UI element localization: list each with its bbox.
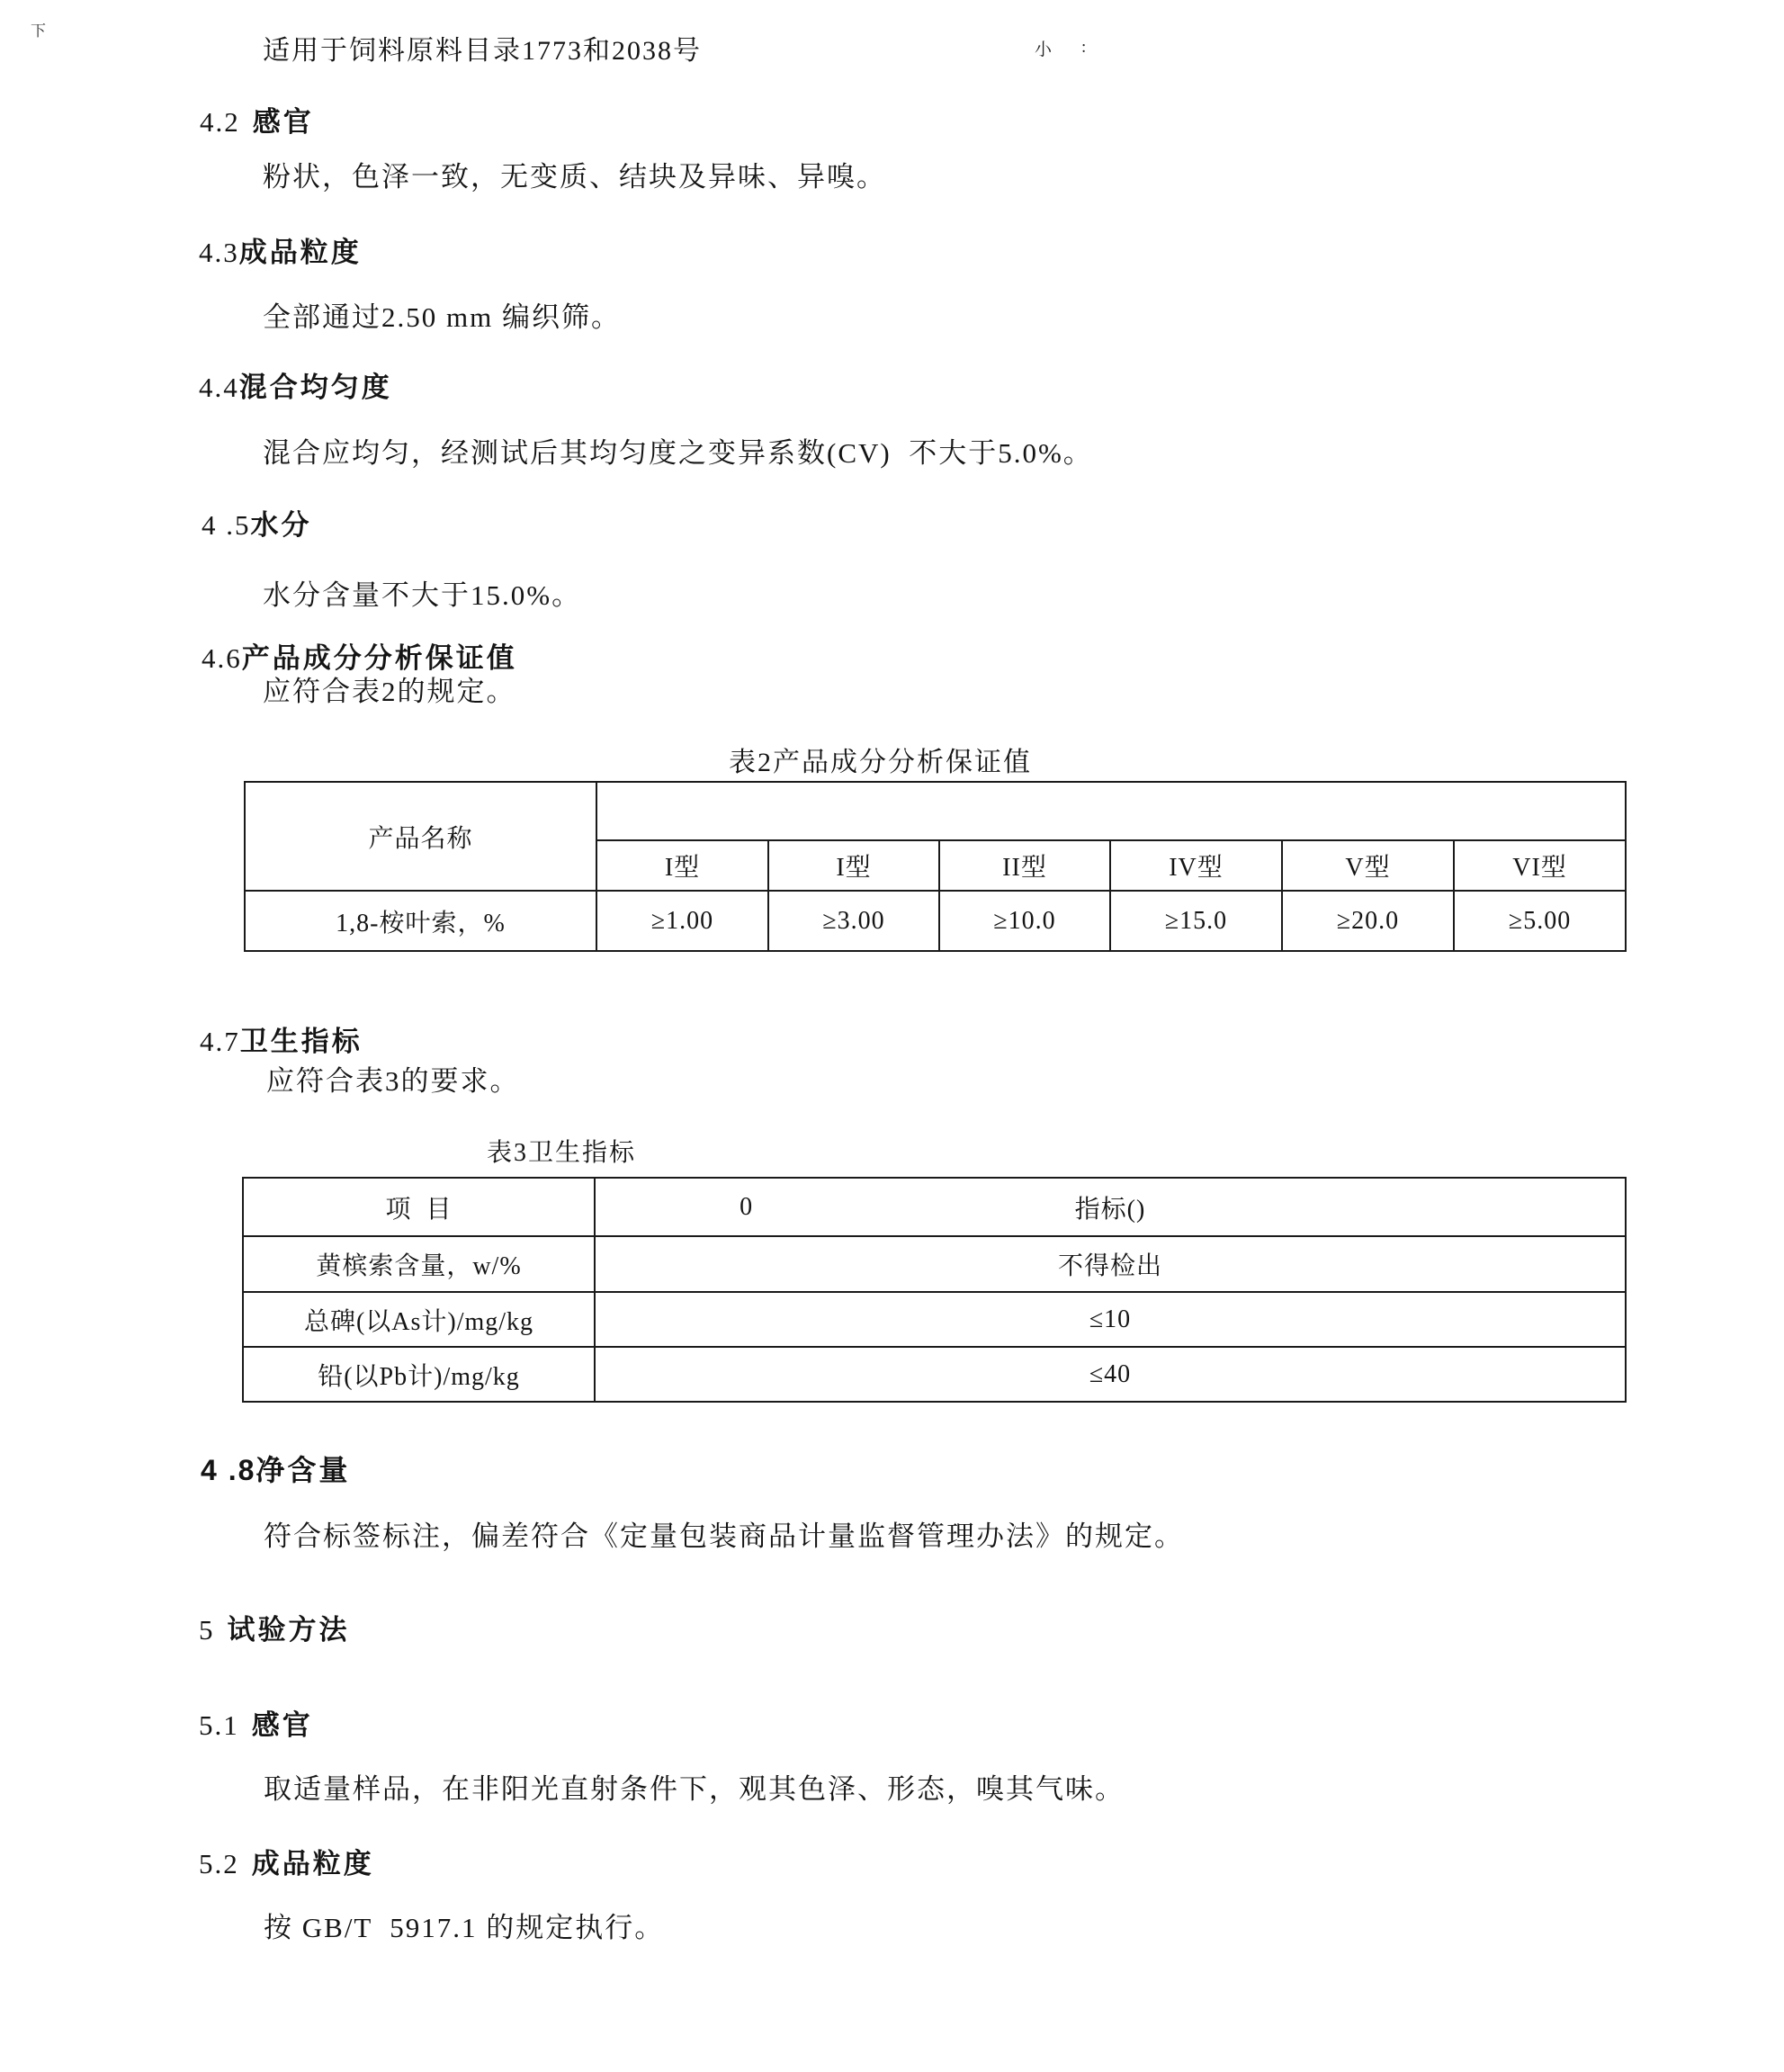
table2-value: ≥5.00 bbox=[1454, 891, 1626, 951]
section-number: 4.3 bbox=[199, 237, 239, 268]
table2-empty-header-cell bbox=[596, 782, 1626, 840]
document-page: 下 适用于饲料原料目录1773和2038号 小 : 4.2感官 粉状，色泽一致，… bbox=[0, 0, 1784, 2072]
table-3-hygiene-indicators: 项 目 0指标() 黄槟索含量，w/% 不得检出 总碑(以As计)/mg/kg … bbox=[242, 1177, 1627, 1403]
section-number: 4.2 bbox=[200, 106, 240, 138]
section-heading-4-6: 4.6产品成分分析保证值 bbox=[202, 642, 517, 675]
section-number: 5.2 bbox=[199, 1848, 239, 1879]
section-number: 5.1 bbox=[199, 1709, 239, 1741]
table3-row-value: ≤10 bbox=[595, 1292, 1626, 1347]
section-number: 5 bbox=[199, 1614, 215, 1646]
section-label: 混合均匀度 bbox=[239, 372, 392, 403]
section-heading-4-4: 4.4混合均匀度 bbox=[199, 372, 392, 404]
section-heading-5-2: 5.2成品粒度 bbox=[199, 1848, 374, 1880]
section-number: 4 .5 bbox=[202, 509, 251, 541]
paragraph-4-5: 水分含量不大于15.0%。 bbox=[263, 579, 581, 612]
paragraph-4-8: 符合标签标注，偏差符合《定量包装商品计量监督管理办法》的规定。 bbox=[264, 1520, 1184, 1553]
stray-mark-colon: : bbox=[1081, 38, 1086, 58]
table3-title: 表3卫生指标 bbox=[487, 1139, 636, 1168]
table-2-guaranteed-values: 产品名称 I型 I型 II型 IV型 V型 VI型 1,8-桉叶索，% ≥1.0… bbox=[244, 781, 1627, 952]
table3-row-label: 总碑(以As计)/mg/kg bbox=[243, 1292, 595, 1347]
section-heading-4-2: 4.2感官 bbox=[200, 106, 314, 139]
table3-row-label: 铅(以Pb计)/mg/kg bbox=[243, 1347, 595, 1402]
section-heading-4-8: 4 .8净含量 bbox=[201, 1454, 350, 1487]
table2-type-header: II型 bbox=[939, 840, 1110, 891]
table2-type-header: I型 bbox=[768, 840, 939, 891]
table2-value: ≥15.0 bbox=[1110, 891, 1282, 951]
paragraph-4-3: 全部通过2.50 mm 编织筛。 bbox=[263, 301, 621, 334]
paragraph-5-2: 按 GB/T 5917.1 的规定执行。 bbox=[264, 1912, 664, 1944]
table3-row-value: 不得检出 bbox=[595, 1236, 1626, 1292]
table3-item-header: 项 目 bbox=[243, 1178, 595, 1236]
section-heading-4-5: 4 .5水分 bbox=[202, 509, 312, 542]
section-label: 感官 bbox=[252, 1709, 313, 1741]
paragraph-4-7: 应符合表3的要求。 bbox=[266, 1065, 520, 1098]
section-label: 成品粒度 bbox=[239, 237, 362, 268]
stray-mark-small: 小 bbox=[1035, 36, 1052, 60]
section-label: 卫生指标 bbox=[240, 1026, 363, 1057]
section-label: 产品成分分析保证值 bbox=[242, 642, 517, 674]
table2-type-header: VI型 bbox=[1454, 840, 1626, 891]
section-label: 成品粒度 bbox=[252, 1848, 374, 1879]
table2-value: ≥20.0 bbox=[1282, 891, 1454, 951]
section-number: 4 .8 bbox=[201, 1454, 255, 1486]
paragraph-4-4: 混合应均匀，经测试后其均匀度之变异系数(CV) 不大于5.0%。 bbox=[263, 437, 1093, 470]
section-label: 感官 bbox=[253, 106, 314, 138]
section-number: 4.7 bbox=[200, 1026, 240, 1057]
section-heading-5-1: 5.1感官 bbox=[199, 1709, 313, 1742]
section-number: 4.6 bbox=[202, 642, 242, 674]
section-heading-4-7: 4.7卫生指标 bbox=[200, 1026, 363, 1058]
table3-header-indicator: 指标() bbox=[1075, 1196, 1146, 1224]
section-heading-5: 5试验方法 bbox=[199, 1614, 350, 1646]
table2-type-header: V型 bbox=[1282, 840, 1454, 891]
table3-indicator-header-cell: 0指标() bbox=[595, 1178, 1626, 1236]
table2-type-header: I型 bbox=[596, 840, 768, 891]
scope-note: 适用于饲料原料目录1773和2038号 bbox=[263, 36, 702, 67]
table3-row-label: 黄槟索含量，w/% bbox=[243, 1236, 595, 1292]
section-label: 净含量 bbox=[255, 1454, 350, 1486]
table2-type-header: IV型 bbox=[1110, 840, 1282, 891]
paragraph-5-1: 取适量样品，在非阳光直射条件下，观其色泽、形态，嗅其气味。 bbox=[264, 1773, 1125, 1806]
page-corner-mark: 下 bbox=[31, 18, 46, 40]
section-heading-4-3: 4.3成品粒度 bbox=[199, 237, 362, 269]
table2-value: ≥1.00 bbox=[596, 891, 768, 951]
table2-product-name-header: 产品名称 bbox=[245, 782, 596, 891]
table2-title: 表2产品成分分析保证值 bbox=[729, 748, 1032, 779]
table2-row-label: 1,8-桉叶索，% bbox=[245, 891, 596, 951]
table3-header-zero: 0 bbox=[740, 1193, 753, 1222]
table2-value: ≥3.00 bbox=[768, 891, 939, 951]
section-label: 试验方法 bbox=[228, 1614, 350, 1646]
table3-row-value: ≤40 bbox=[595, 1347, 1626, 1402]
paragraph-4-2: 粉状，色泽一致，无变质、结块及异味、异嗅。 bbox=[263, 161, 886, 193]
section-label: 水分 bbox=[251, 509, 312, 541]
section-number: 4.4 bbox=[199, 372, 239, 403]
paragraph-4-6: 应符合表2的规定。 bbox=[263, 676, 516, 708]
table2-value: ≥10.0 bbox=[939, 891, 1110, 951]
